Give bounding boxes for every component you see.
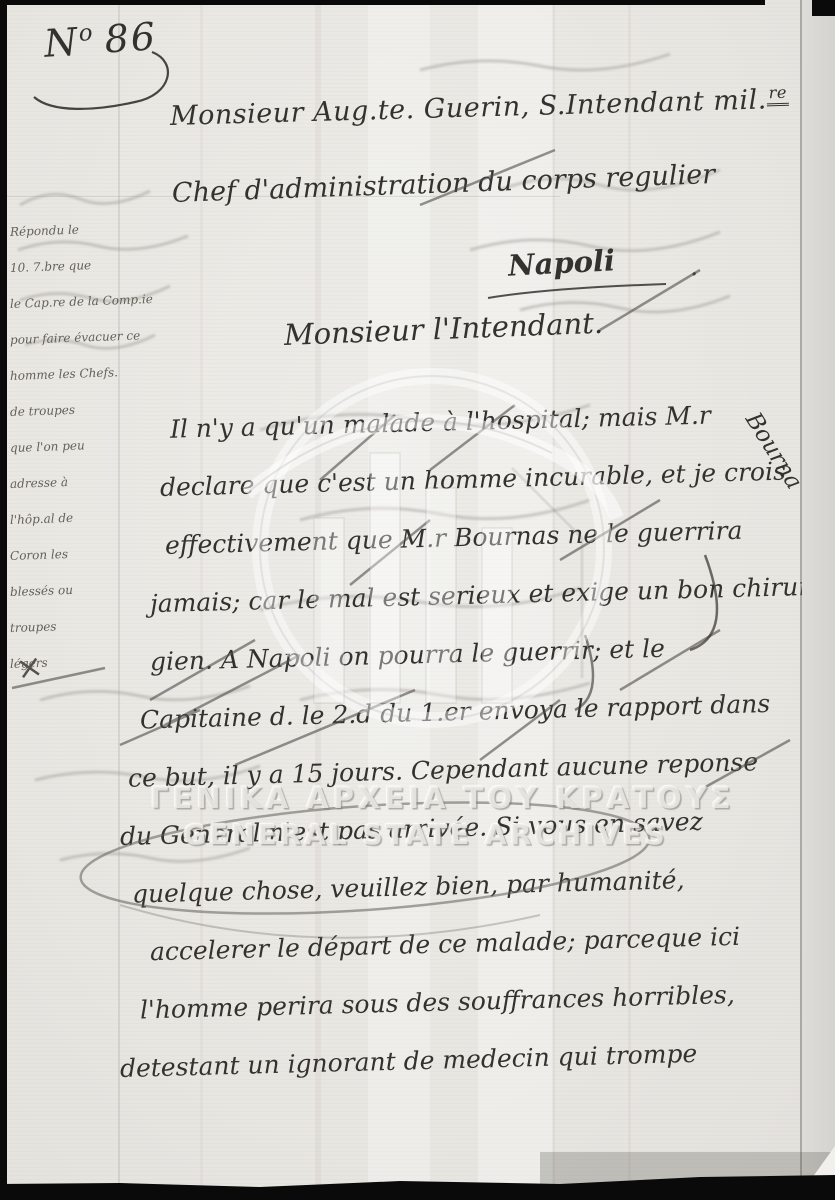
scan-edge-left: [0, 0, 7, 1200]
margin-line: troupes: [9, 606, 122, 646]
margin-line: de troupes: [9, 390, 122, 430]
scan-edge-top-right: [812, 0, 835, 16]
margin-line: 10. 7.bre que: [9, 246, 122, 286]
margin-line: pour faire évacuer ce: [9, 318, 122, 358]
archive-number: No 86: [43, 14, 159, 66]
archive-number-prefix: N: [43, 20, 81, 66]
archive-number-value: 86: [103, 14, 158, 62]
letter-body: Il n'y a qu'un malade à l'hospital; mais…: [120, 402, 820, 1098]
margin-line: blessés ou: [9, 570, 122, 610]
margin-line: adresse à: [9, 462, 122, 502]
margin-line: homme les Chefs.: [9, 354, 122, 394]
margin-line: Répondu le: [9, 210, 122, 250]
salutation: Monsieur l'Intendant.: [283, 306, 603, 352]
scanned-letter-page: Répondu le 10. 7.bre que le Cap.re de la…: [0, 0, 835, 1200]
margin-line: Coron les: [9, 534, 122, 574]
address-place: Napoli: [507, 243, 616, 283]
place-underline: [488, 284, 666, 298]
scan-edge-top: [0, 0, 765, 5]
address-line-1-text: Monsieur Aug.te. Guerin, S.Intendant mil…: [170, 84, 768, 132]
margin-annotation: Répondu le 10. 7.bre que le Cap.re de la…: [10, 214, 122, 682]
margin-line: le Cap.re de la Comp.ie: [9, 282, 122, 322]
address-place-period: .: [690, 252, 698, 282]
margin-line: que l'on peu: [9, 426, 122, 466]
margin-line: l'hôp.al de: [9, 498, 122, 538]
archive-number-ordinal: o: [78, 20, 96, 47]
address-line-1-superscript: re: [766, 83, 789, 107]
address-line-2: Chef d'administration du corps regulier: [171, 159, 715, 209]
address-line-1: Monsieur Aug.te. Guerin, S.Intendant mil…: [170, 83, 790, 132]
